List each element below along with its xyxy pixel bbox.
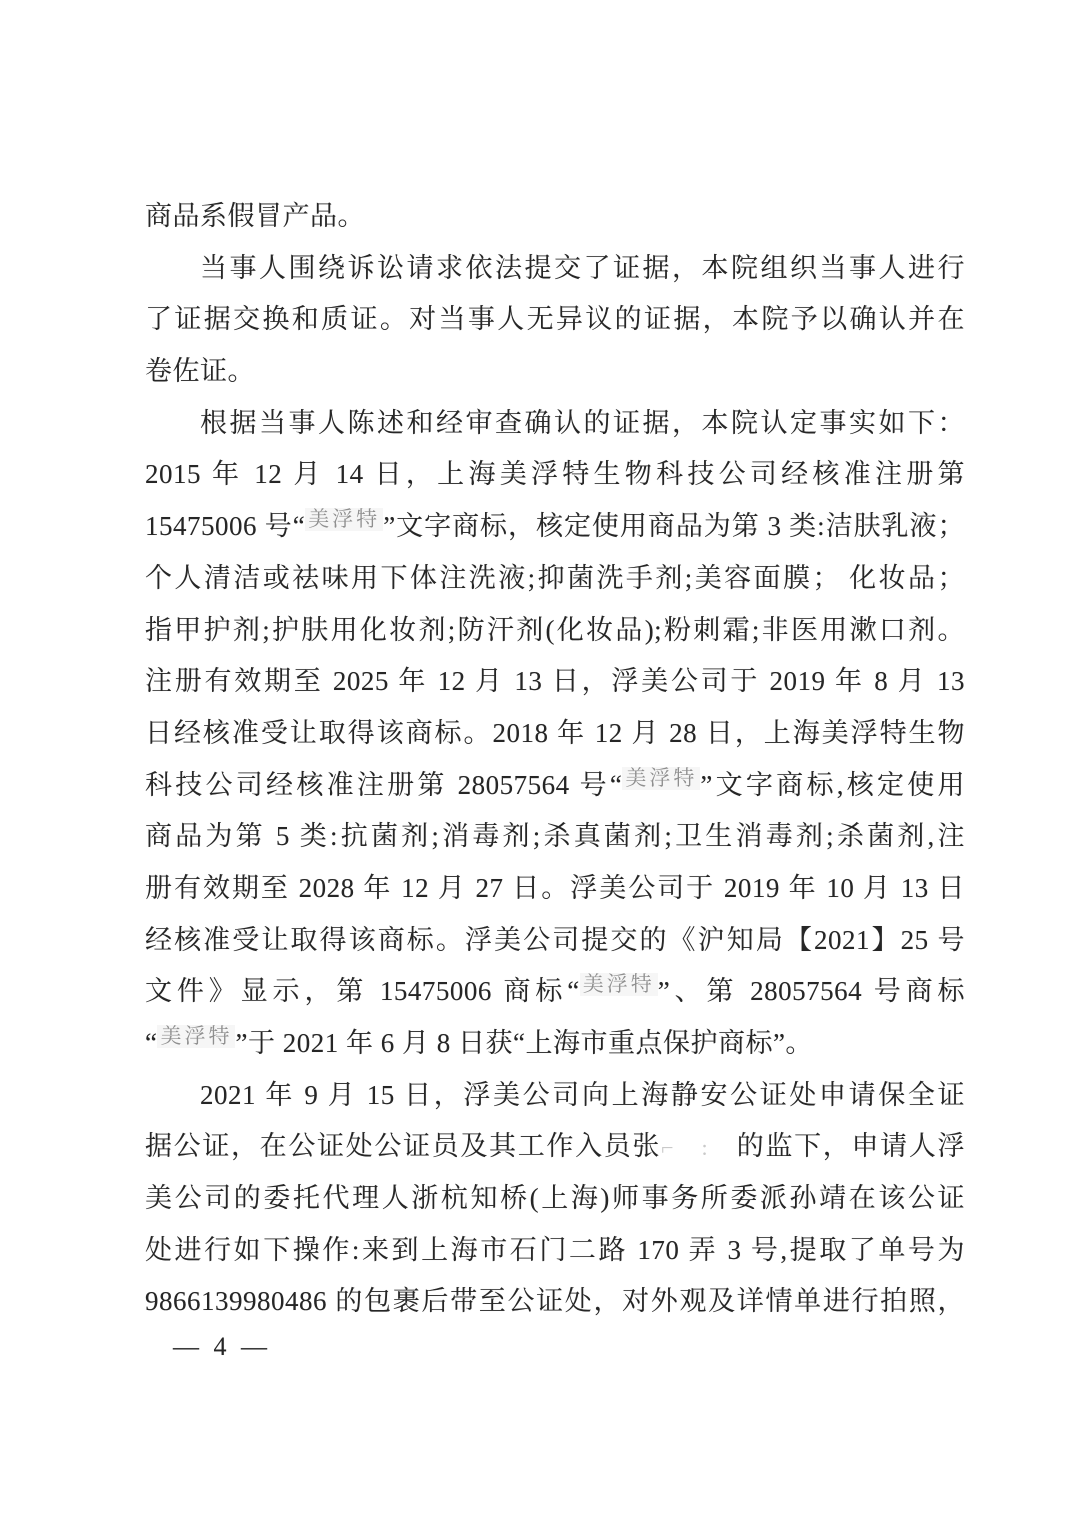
text-line: 指甲护剂;护肤用化妆剂;防汗剂(化妆品);粉刺霜;非医用漱口剂。 bbox=[145, 605, 965, 657]
redacted-name: ⌐: bbox=[661, 1122, 736, 1174]
text-line: 处进行如下操作:来到上海市石门二路 170 弄 3 号,提取了单号为 bbox=[145, 1225, 965, 1277]
text-line: 商品系假冒产品。 bbox=[145, 191, 965, 243]
text-line: 个人清洁或祛味用下体注洗液;抑菌洗手剂;美容面膜； 化妆品； bbox=[145, 553, 965, 605]
text-line: 了证据交换和质证。对当事人无异议的证据，本院予以确认并在 bbox=[145, 294, 965, 346]
trademark-mark: 美浮特 bbox=[580, 973, 658, 996]
text-line: 美公司的委托代理人浙杭知桥(上海)师事务所委派孙靖在该公证 bbox=[145, 1173, 965, 1225]
page-number: — 4 — bbox=[173, 1332, 271, 1362]
text-line: 9866139980486 的包裹后带至公证处，对外观及详情单进行拍照， bbox=[145, 1276, 965, 1328]
text-line: 注册有效期至 2025 年 12 月 13 日，浮美公司于 2019 年 8 月… bbox=[145, 656, 965, 708]
text-line: 商品为第 5 类:抗菌剂;消毒剂;杀真菌剂;卫生消毒剂;杀菌剂,注 bbox=[145, 811, 965, 863]
text-line: 据公证，在公证处公证员及其工作入员张⌐:的监下，申请人浮 bbox=[145, 1121, 965, 1173]
text-line: 文件》显示，第 15475006 商标“美浮特”、第 28057564 号商标 bbox=[145, 966, 965, 1018]
document-body: 商品系假冒产品。当事人围绕诉讼请求依法提交了证据，本院组织当事人进行了证据交换和… bbox=[145, 191, 965, 1328]
text-line: 15475006 号“美浮特”文字商标，核定使用商品为第 3 类:洁肤乳液； bbox=[145, 501, 965, 553]
text-line: 根据当事人陈述和经审查确认的证据，本院认定事实如下： bbox=[145, 398, 965, 450]
text-line: 经核准受让取得该商标。浮美公司提交的《沪知局【2021】25 号 bbox=[145, 915, 965, 967]
text-line: “美浮特”于 2021 年 6 月 8 日获“上海市重点保护商标”。 bbox=[145, 1018, 965, 1070]
trademark-mark: 美浮特 bbox=[622, 767, 700, 790]
text-line: 日经核准受让取得该商标。2018 年 12 月 28 日，上海美浮特生物 bbox=[145, 708, 965, 760]
text-line: 册有效期至 2028 年 12 月 27 日。浮美公司于 2019 年 10 月… bbox=[145, 863, 965, 915]
text-line: 科技公司经核准注册第 28057564 号“美浮特”文字商标,核定使用 bbox=[145, 760, 965, 812]
text-line: 2021 年 9 月 15 日，浮美公司向上海静安公证处申请保全证 bbox=[145, 1070, 965, 1122]
trademark-mark: 美浮特 bbox=[157, 1025, 235, 1048]
document-page: 商品系假冒产品。当事人围绕诉讼请求依法提交了证据，本院组织当事人进行了证据交换和… bbox=[0, 0, 1080, 1527]
text-line: 卷佐证。 bbox=[145, 346, 965, 398]
text-line: 2015 年 12 月 14 日，上海美浮特生物科技公司经核准注册第 bbox=[145, 449, 965, 501]
trademark-mark: 美浮特 bbox=[305, 508, 383, 531]
text-line: 当事人围绕诉讼请求依法提交了证据，本院组织当事人进行 bbox=[145, 243, 965, 295]
